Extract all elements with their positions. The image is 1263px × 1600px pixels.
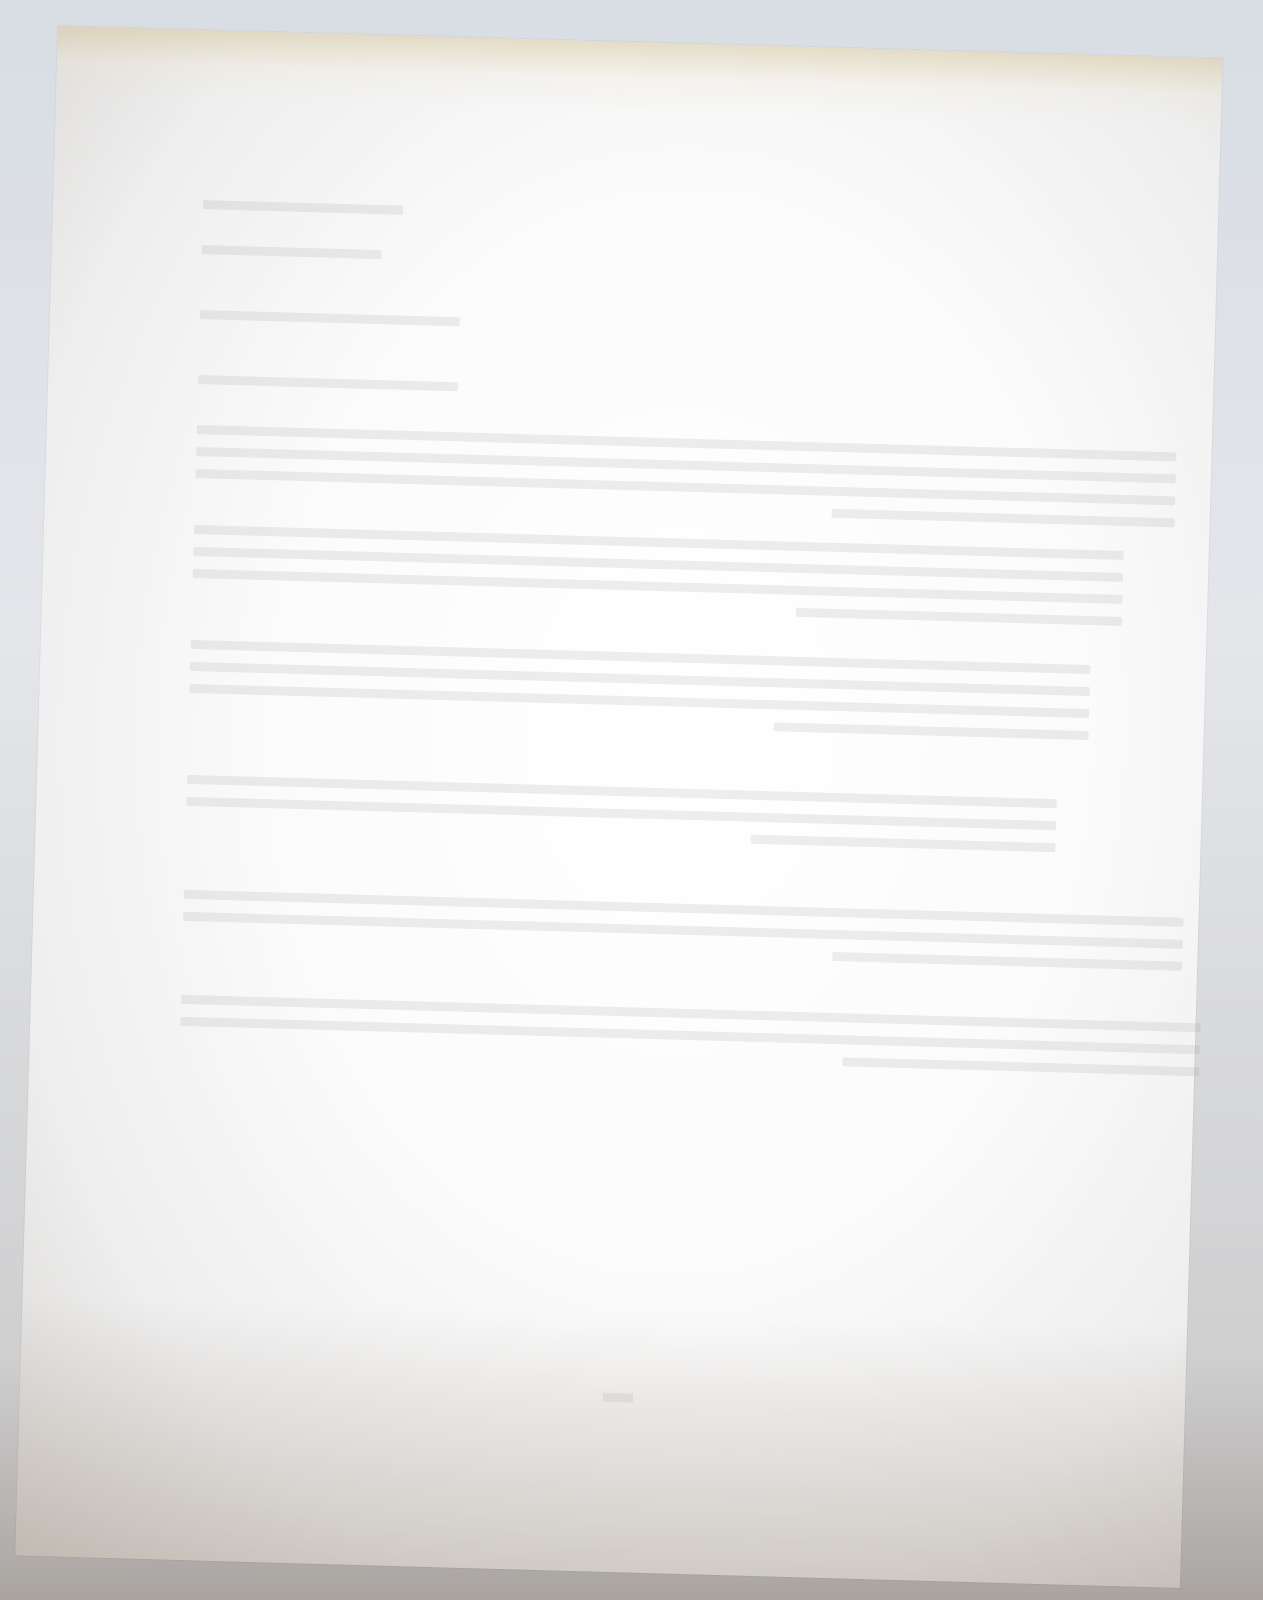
- bleed-line: [842, 1057, 1199, 1076]
- bleed-line: [751, 835, 1056, 852]
- bleed-line: [774, 722, 1089, 740]
- bleed-through-text: [15, 26, 1222, 1588]
- paper-sheet: [15, 26, 1222, 1588]
- page-number-mark: [602, 1393, 632, 1403]
- bleed-line: [200, 310, 460, 326]
- bleed-line: [796, 608, 1122, 626]
- bleed-line: [832, 952, 1182, 971]
- bleed-line: [198, 375, 458, 391]
- bleed-line: [203, 200, 403, 215]
- bleed-line: [832, 509, 1175, 528]
- bleed-line: [202, 245, 382, 259]
